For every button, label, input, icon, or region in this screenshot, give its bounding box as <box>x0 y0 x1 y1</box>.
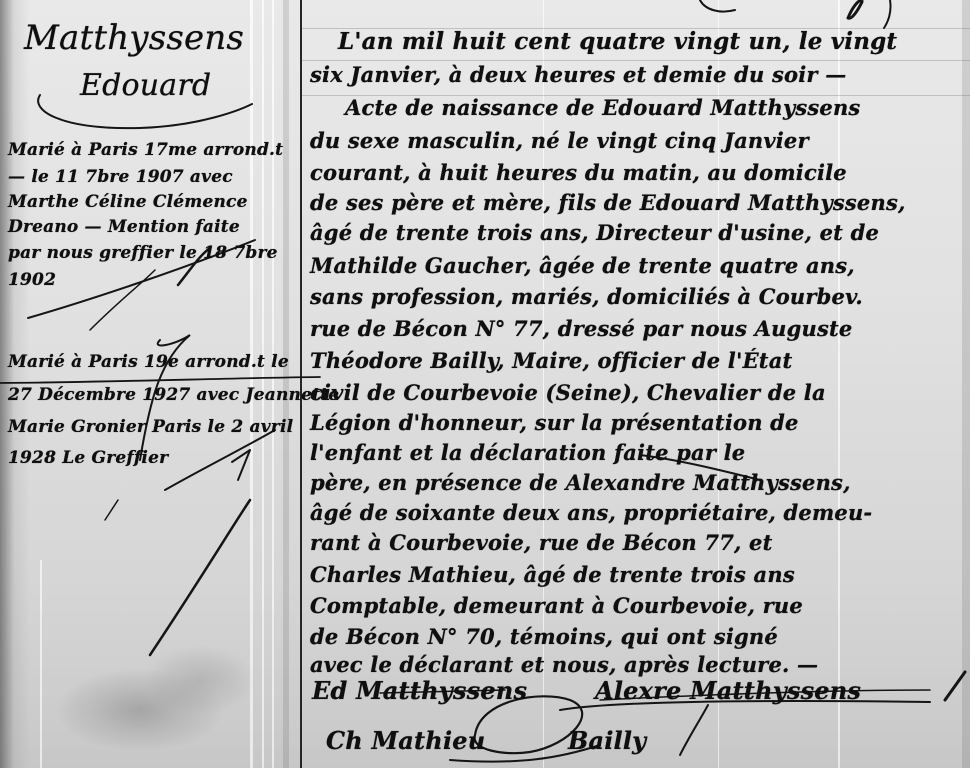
signature-witness2: Ch Mathieu <box>326 726 485 755</box>
act-line: sans profession, mariés, domiciliés à Co… <box>310 284 863 309</box>
act-line: Légion d'honneur, sur la présentation de <box>310 410 799 435</box>
act-line: rant à Courbevoie, rue de Bécon 77, et <box>310 530 772 555</box>
act-line: âgé de soixante deux ans, propriétaire, … <box>310 500 872 525</box>
act-line: courant, à huit heures du matin, au domi… <box>310 160 847 185</box>
margin-note1-line: par nous greffier le 18 7bre <box>8 243 278 263</box>
act-line: civil de Courbevoie (Seine), Chevalier d… <box>310 380 826 405</box>
margin-note1-line: Dreano — Mention faite <box>8 217 240 237</box>
ruled-line <box>302 60 970 61</box>
act-line: Mathilde Gaucher, âgée de trente quatre … <box>310 253 855 278</box>
act-line: père, en présence de Alexandre Matthysse… <box>310 470 851 495</box>
act-line: de ses père et mère, fils de Edouard Mat… <box>310 190 906 215</box>
register-page: Matthyssens Edouard Marié à Paris 17me a… <box>0 0 970 768</box>
act-line: rue de Bécon N° 77, dressé par nous Augu… <box>310 316 852 341</box>
signature-witness1: Alexre Matthyssens <box>595 676 861 705</box>
act-line: du sexe masculin, né le vingt cinq Janvi… <box>310 128 809 153</box>
scan-streak <box>962 0 970 768</box>
act-line: six Janvier, à deux heures et demie du s… <box>310 62 846 87</box>
act-line: de Bécon N° 70, témoins, qui ont signé <box>310 624 778 649</box>
margin-note2-line: 1928 Le Greffier <box>8 448 168 468</box>
column-divider <box>300 0 302 768</box>
margin-note2-line: Marie Gronier Paris le 2 avril <box>8 417 293 437</box>
act-line: L'an mil huit cent quatre vingt un, le v… <box>338 28 897 55</box>
signature-mayor: Bailly <box>568 726 646 755</box>
act-line: Acte de naissance de Edouard Matthyssens <box>345 95 860 120</box>
paper-stain <box>0 560 300 768</box>
act-line: avec le déclarant et nous, après lecture… <box>310 652 818 677</box>
act-line: Comptable, demeurant à Courbevoie, rue <box>310 593 803 618</box>
margin-note1-line: — le 11 7bre 1907 avec <box>8 167 233 187</box>
margin-note2-line: Marié à Paris 19e arrond.t le <box>8 352 289 372</box>
act-line: Charles Mathieu, âgé de trente trois ans <box>310 562 795 587</box>
act-line: l'enfant et la déclaration faite par le <box>310 440 745 465</box>
margin-note1-line: 1902 <box>8 270 56 290</box>
signature-father: Ed Matthyssens <box>312 676 527 705</box>
margin-surname: Matthyssens <box>24 18 244 58</box>
margin-note1-line: Marthe Céline Clémence <box>8 192 248 212</box>
margin-note2-line: 27 Décembre 1927 avec Jeannette <box>8 385 339 405</box>
act-line: âgé de trente trois ans, Directeur d'usi… <box>310 220 879 245</box>
act-line: Théodore Bailly, Maire, officier de l'Ét… <box>310 348 792 373</box>
margin-given-name: Edouard <box>80 68 211 103</box>
margin-note1-line: Marié à Paris 17me arrond.t <box>8 140 283 160</box>
